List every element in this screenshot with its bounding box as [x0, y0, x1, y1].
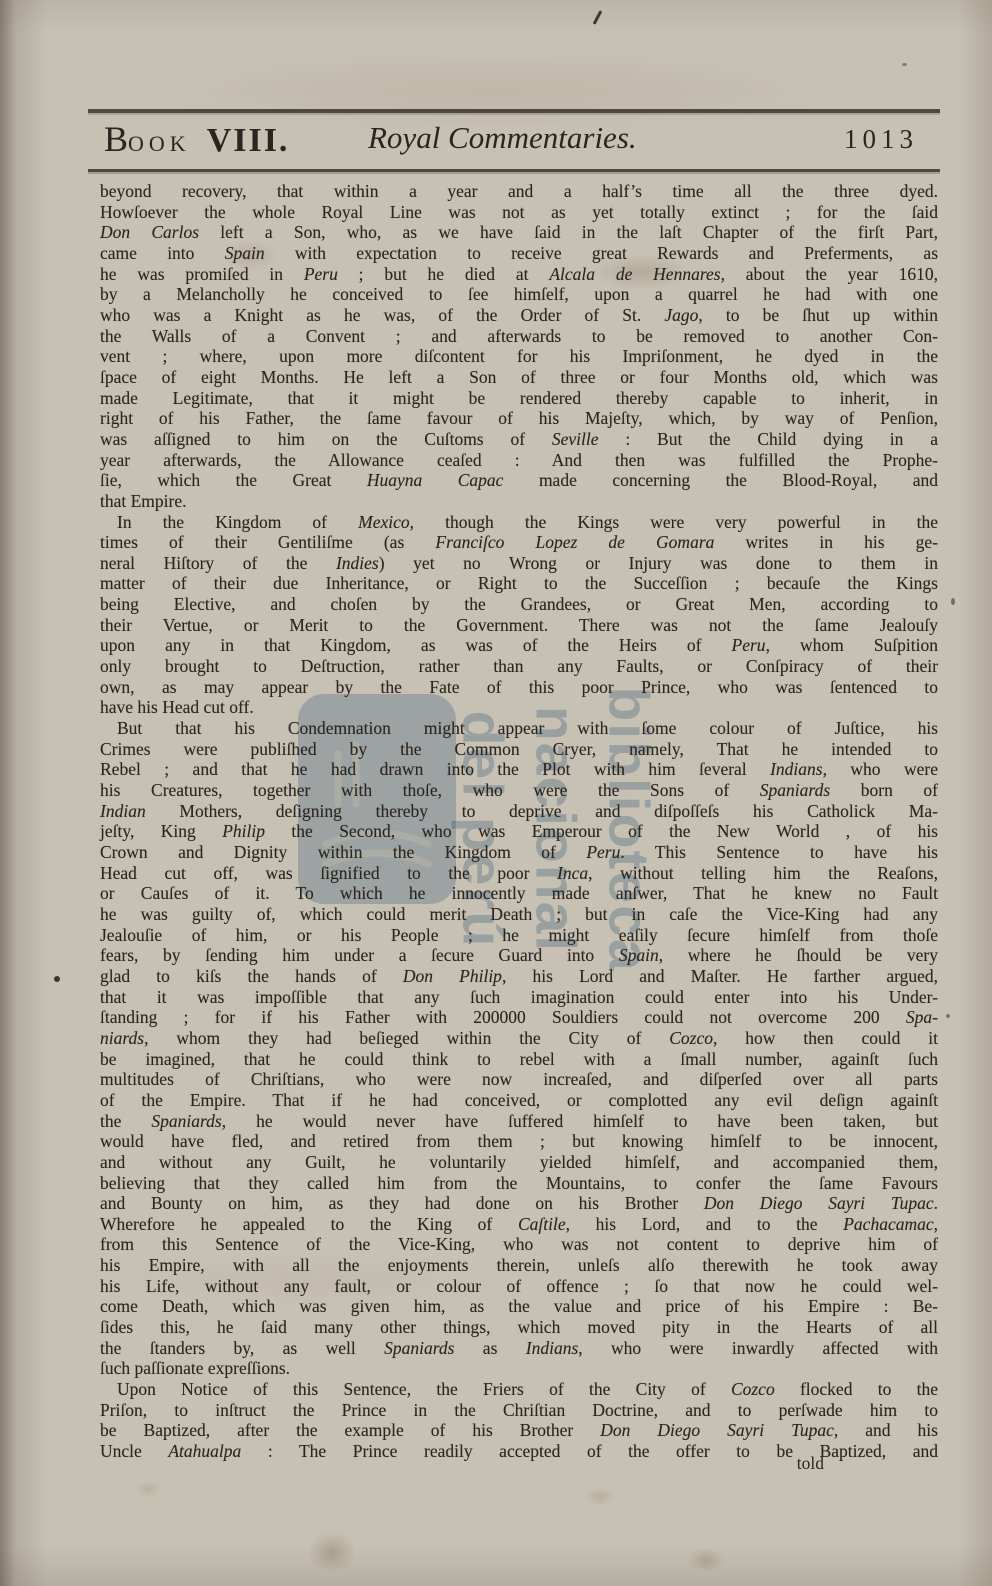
text-line: Jealouſie of him, or his People ; he mig…: [100, 925, 938, 946]
text-line: made Legitimate, that it might be render…: [100, 388, 938, 409]
book-label: BOOKVIII.: [104, 118, 289, 160]
text-run: as: [454, 1338, 525, 1358]
text-line: Crown and Dignity within the Kingdom of …: [100, 842, 938, 863]
ink-speck: [946, 1014, 950, 1018]
text-run: upon any in that Kingdom, as was of the …: [100, 635, 732, 655]
text-run: ſie, which the Great: [100, 470, 367, 490]
text-line: who was a Knight as he was, of the Order…: [100, 305, 938, 326]
book-numeral: VIII.: [207, 122, 290, 159]
text-run: only brought to Deſtruction, rather than…: [100, 656, 938, 676]
text-line: Crimes were publiſhed by the Common Crye…: [100, 739, 938, 760]
text-run: Rebel ; and that he had drawn into the P…: [100, 759, 770, 779]
text-run: , who were inwardly affected with: [578, 1338, 938, 1358]
text-line: vent ; where, upon more diſcontent for h…: [100, 346, 938, 367]
page-number: 1013: [844, 124, 918, 155]
italic-text-run: Spaniards: [151, 1111, 221, 1131]
text-line: would have fled, and retired from them ;…: [100, 1131, 938, 1152]
text-line: that Empire.: [100, 491, 938, 512]
text-run: made concerning the Blood-Royal, and: [503, 470, 938, 490]
text-line: that it was impoſſible that any ſuch ima…: [100, 987, 938, 1008]
text-run: believing that they called him from the …: [100, 1173, 938, 1193]
body-text: beyond recovery, that within a year and …: [100, 181, 938, 1462]
text-line: be Baptized, after the example of his Br…: [100, 1420, 938, 1441]
text-run: ſuch paſſionate expreſſions.: [100, 1358, 290, 1378]
text-line: be imagined, that he could think to rebe…: [100, 1049, 938, 1070]
text-line: his Creatures, together with thoſe, who …: [100, 780, 938, 801]
italic-text-run: Spa-: [906, 1007, 938, 1027]
text-line: ſides this, he ſaid many other things, w…: [100, 1317, 938, 1338]
text-run: the Walls of a Convent ; and afterwards …: [100, 326, 938, 346]
text-run: , whom Suſpition: [766, 635, 938, 655]
page-header: BOOKVIII. Royal Commentaries. 1013: [0, 116, 992, 168]
text-line: only brought to Deſtruction, rather than…: [100, 656, 938, 677]
text-run: by a Melancholly he conceived to ſee him…: [100, 284, 938, 304]
text-run: fears, by ſending him under a ſecure Gua…: [100, 945, 619, 965]
text-line: he was guilty of, which could merit Deat…: [100, 904, 938, 925]
italic-text-run: Indies: [336, 553, 379, 573]
text-line: multitudes of Chriſtians, who were now i…: [100, 1069, 938, 1090]
text-line: ſtanding ; for if his Father with 200000…: [100, 1007, 938, 1028]
italic-text-run: Huayna Capac: [367, 470, 504, 490]
italic-text-run: Don Diego Sayri Tupac: [704, 1193, 934, 1213]
text-line: by a Melancholly he conceived to ſee him…: [100, 284, 938, 305]
text-line: ſie, which the Great Huayna Capac made c…: [100, 470, 938, 491]
text-run: or Cauſes of it. To which he innocently …: [100, 883, 938, 903]
text-line: beyond recovery, that within a year and …: [100, 181, 938, 202]
text-line: and Bounty on him, as they had done on h…: [100, 1193, 938, 1214]
book-word-initial: B: [104, 119, 128, 159]
text-run: Howſoever the whole Royal Line was not a…: [100, 202, 938, 222]
text-run: Upon Notice of this Sentence, the Friers…: [117, 1379, 731, 1399]
italic-text-run: Indians: [770, 759, 823, 779]
italic-text-run: Don Diego Sayri Tupac: [600, 1420, 834, 1440]
text-run: , he would never have ſuffered himſelf t…: [222, 1111, 938, 1131]
italic-text-run: Spain: [619, 945, 659, 965]
text-run: who was a Knight as he was, of the Order…: [100, 305, 664, 325]
text-run: Crown and Dignity within the Kingdom of: [100, 842, 586, 862]
text-run: be imagined, that he could think to rebe…: [100, 1049, 938, 1069]
italic-text-run: Inca: [557, 863, 588, 883]
text-run: with expectation to receive great Reward…: [265, 243, 938, 263]
text-run: jeſty, King: [100, 821, 222, 841]
italic-text-run: Pachacamac: [843, 1214, 933, 1234]
italic-text-run: Indians: [526, 1338, 579, 1358]
text-run: own, as may appear by the Fate of this p…: [100, 677, 938, 697]
text-run: his Empire, with all the enjoyments ther…: [100, 1255, 938, 1275]
text-line: and without any Guilt, he voluntarily yi…: [100, 1152, 938, 1173]
text-line: have his Head cut off.: [100, 697, 938, 718]
text-run: left a Son, who, as we have ſaid in the …: [199, 222, 938, 242]
text-line: he was promiſed in Peru ; but he died at…: [100, 264, 938, 285]
text-run: vent ; where, upon more diſcontent for h…: [100, 346, 938, 366]
text-line: Wherefore he appealed to the King of Caſ…: [100, 1214, 938, 1235]
text-line: came into Spain with expectation to rece…: [100, 243, 938, 264]
italic-text-run: niards: [100, 1028, 144, 1048]
text-run: was aſſigned to him on the Cuſtoms of: [100, 429, 552, 449]
italic-text-run: Spaniards: [760, 780, 830, 800]
italic-text-run: Alcala de Hennares: [549, 264, 720, 284]
catchword: told: [797, 1453, 824, 1474]
text-run: Head cut off, was ſignified to the poor: [100, 863, 557, 883]
text-run: right of his Father, the ſame favour of …: [100, 408, 938, 428]
italic-text-run: Cozco: [669, 1028, 713, 1048]
text-line: believing that they called him from the …: [100, 1173, 938, 1194]
italic-text-run: Caſtile: [518, 1214, 566, 1234]
text-run: ,: [934, 1214, 938, 1234]
italic-text-run: Peru: [586, 842, 620, 862]
text-run: the Second, who was Emperour of the New …: [265, 821, 938, 841]
text-run: and Bounty on him, as they had done on h…: [100, 1193, 704, 1213]
text-run: . This Sentence to have his: [620, 842, 938, 862]
text-run: neral Hiſtory of the: [100, 553, 336, 573]
header-bottom-rule: [88, 169, 940, 172]
text-line: year afterwards, the Allowance ceaſed : …: [100, 450, 938, 471]
text-run: ſtanding ; for if his Father with 200000…: [100, 1007, 906, 1027]
text-line: his Empire, with all the enjoyments ther…: [100, 1255, 938, 1276]
text-line: right of his Father, the ſame favour of …: [100, 408, 938, 429]
text-run: multitudes of Chriſtians, who were now i…: [100, 1069, 938, 1089]
italic-text-run: Peru: [304, 264, 338, 284]
ink-mark: [593, 10, 603, 25]
text-run: Uncle: [100, 1441, 168, 1461]
text-line: upon any in that Kingdom, as was of the …: [100, 635, 938, 656]
text-run: born of: [830, 780, 938, 800]
text-run: Wherefore he appealed to the King of: [100, 1214, 518, 1234]
italic-text-run: Peru: [732, 635, 766, 655]
text-line: glad to kiſs the hands of Don Philip, hi…: [100, 966, 938, 987]
text-line: their Vertue, or Merit to the Government…: [100, 615, 938, 636]
text-run: times of their Gentiliſme (as: [100, 532, 435, 552]
text-line: the ſtanders by, as well Spaniards as In…: [100, 1338, 938, 1359]
text-line: Howſoever the whole Royal Line was not a…: [100, 202, 938, 223]
text-run: he was promiſed in: [100, 264, 304, 284]
text-line: the Spaniards, he would never have ſuffe…: [100, 1111, 938, 1132]
ink-speck: [951, 598, 955, 605]
text-run: Priſon, to inſtruct the Prince in the Ch…: [100, 1400, 938, 1420]
text-line: Head cut off, was ſignified to the poor …: [100, 863, 938, 884]
text-run: , who were: [823, 759, 938, 779]
ink-speck: [902, 63, 907, 66]
text-run: ; but he died at: [338, 264, 549, 284]
text-run: ſpace of eight Months. He left a Son of …: [100, 367, 938, 387]
text-run: and without any Guilt, he voluntarily yi…: [100, 1152, 938, 1172]
text-line: matter of their due Inheritance, or Righ…: [100, 573, 938, 594]
text-line: Rebel ; and that he had drawn into the P…: [100, 759, 938, 780]
text-run: the: [100, 1111, 151, 1131]
text-run: .: [934, 1193, 938, 1213]
text-run: his Creatures, together with thoſe, who …: [100, 780, 760, 800]
text-run: the ſtanders by, as well: [100, 1338, 384, 1358]
text-run: , his Lord, and to the: [566, 1214, 844, 1234]
text-line: ſuch paſſionate expreſſions.: [100, 1358, 938, 1379]
text-line: But that his Condemnation might appear w…: [100, 718, 938, 739]
italic-text-run: Spaniards: [384, 1338, 454, 1358]
text-run: , his Lord and Maſter. He farther argued…: [502, 966, 938, 986]
ink-speck: [54, 976, 60, 982]
text-run: , about the year 1610,: [721, 264, 938, 284]
text-run: Jealouſie of him, or his People ; he mig…: [100, 925, 938, 945]
italic-text-run: Indian: [100, 801, 146, 821]
italic-text-run: Don Carlos: [100, 222, 199, 242]
text-run: Crimes were publiſhed by the Common Crye…: [100, 739, 938, 759]
text-run: ſides this, he ſaid many other things, w…: [100, 1317, 938, 1337]
text-line: Priſon, to inſtruct the Prince in the Ch…: [100, 1400, 938, 1421]
text-line: come Death, which was given him, as the …: [100, 1296, 938, 1317]
italic-text-run: Cozco: [731, 1379, 775, 1399]
text-run: : But the Child dying in a: [599, 429, 939, 449]
text-line: own, as may appear by the Fate of this p…: [100, 677, 938, 698]
text-run: : The Prince readily accepted of the off…: [241, 1441, 938, 1461]
book-word-rest: OOK: [128, 131, 191, 156]
text-line: ſpace of eight Months. He left a Son of …: [100, 367, 938, 388]
italic-text-run: Mexico: [358, 512, 410, 532]
text-run: , whom they had beſieged within the City…: [144, 1028, 669, 1048]
italic-text-run: Jago: [664, 305, 698, 325]
text-run: would have fled, and retired from them ;…: [100, 1131, 938, 1151]
text-run: come Death, which was given him, as the …: [100, 1296, 938, 1316]
italic-text-run: Seville: [552, 429, 599, 449]
text-line: Don Carlos left a Son, who, as we have ſ…: [100, 222, 938, 243]
text-line: Upon Notice of this Sentence, the Friers…: [100, 1379, 938, 1400]
text-run: But that his Condemnation might appear w…: [117, 718, 938, 738]
text-run: In the Kingdom of: [117, 512, 358, 532]
text-run: , though the Kings were very powerful in…: [410, 512, 938, 532]
text-line: or Cauſes of it. To which he innocently …: [100, 883, 938, 904]
text-line: of the Empire. That if he had conceived,…: [100, 1090, 938, 1111]
italic-text-run: Atahualpa: [168, 1441, 241, 1461]
text-run: writes in his ge-: [714, 532, 938, 552]
text-line: his Life, without any fault, or colour o…: [100, 1276, 938, 1297]
text-run: that it was impoſſible that any ſuch ima…: [100, 987, 938, 1007]
text-run: , where he ſhould be very: [659, 945, 938, 965]
running-title: Royal Commentaries.: [368, 120, 637, 156]
text-run: glad to kiſs the hands of: [100, 966, 403, 986]
text-run: ) yet no Wrong or Injury was done to the…: [379, 553, 938, 573]
italic-text-run: Philip: [222, 821, 265, 841]
text-line: Indian Mothers, deſigning thereby to dep…: [100, 801, 938, 822]
text-run: he was guilty of, which could merit Deat…: [100, 904, 938, 924]
text-line: In the Kingdom of Mexico, though the Kin…: [100, 512, 938, 533]
text-run: matter of their due Inheritance, or Righ…: [100, 573, 938, 593]
italic-text-run: Franciſco Lopez de Gomara: [435, 532, 714, 552]
text-run: that Empire.: [100, 491, 187, 511]
text-line: niards, whom they had beſieged within th…: [100, 1028, 938, 1049]
text-line: was aſſigned to him on the Cuſtoms of Se…: [100, 429, 938, 450]
italic-text-run: Spain: [225, 243, 265, 263]
text-line: jeſty, King Philip the Second, who was E…: [100, 821, 938, 842]
text-line: neral Hiſtory of the Indies) yet no Wron…: [100, 553, 938, 574]
text-run: came into: [100, 243, 225, 263]
text-run: , and his: [834, 1420, 938, 1440]
header-top-rule: [88, 109, 940, 113]
text-run: beyond recovery, that within a year and …: [100, 181, 938, 201]
text-run: being Elective, and choſen by the Grande…: [100, 594, 938, 614]
text-run: , to be ſhut up within: [698, 305, 938, 325]
text-run: year afterwards, the Allowance ceaſed : …: [100, 450, 938, 470]
text-line: fears, by ſending him under a ſecure Gua…: [100, 945, 938, 966]
text-run: made Legitimate, that it might be render…: [100, 388, 938, 408]
text-line: from this Sentence of the Vice-King, who…: [100, 1234, 938, 1255]
text-run: have his Head cut off.: [100, 697, 254, 717]
text-run: , how then could it: [713, 1028, 938, 1048]
italic-text-run: Don Philip: [403, 966, 502, 986]
text-run: his Life, without any fault, or colour o…: [100, 1276, 938, 1296]
text-line: being Elective, and choſen by the Grande…: [100, 594, 938, 615]
text-line: times of their Gentiliſme (as Franciſco …: [100, 532, 938, 553]
text-run: Mothers, deſigning thereby to deprive an…: [146, 801, 938, 821]
book-page: BOOKVIII. Royal Commentaries. 1013 bibli…: [0, 0, 992, 1586]
text-run: from this Sentence of the Vice-King, who…: [100, 1234, 938, 1254]
text-run: of the Empire. That if he had conceived,…: [100, 1090, 938, 1110]
text-run: flocked to the: [775, 1379, 938, 1399]
text-run: , without telling him the Reaſons,: [588, 863, 938, 883]
text-line: the Walls of a Convent ; and afterwards …: [100, 326, 938, 347]
text-run: their Vertue, or Merit to the Government…: [100, 615, 938, 635]
text-run: be Baptized, after the example of his Br…: [100, 1420, 600, 1440]
